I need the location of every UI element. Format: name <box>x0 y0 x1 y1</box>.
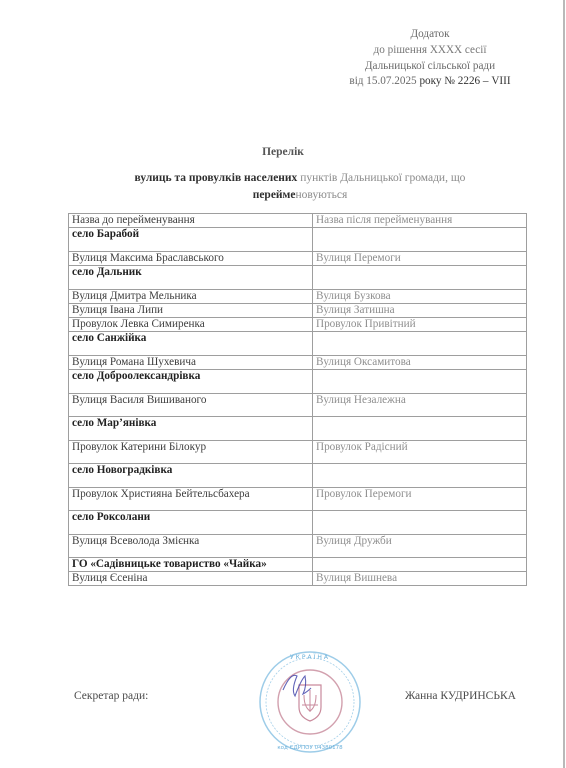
header-old-name: Назва до перейменування <box>69 214 313 228</box>
new-name-cell: Провулок Радісний <box>313 441 527 464</box>
old-name-cell: Вулиця Максима Браславського <box>69 252 313 266</box>
annex-line-2: до рішення XXXX сесії <box>300 43 560 59</box>
new-name-cell <box>313 228 527 252</box>
old-name-cell: село Роксолани <box>69 511 313 535</box>
new-name-cell <box>313 417 527 441</box>
settlement-row: село Санжійка <box>69 332 527 356</box>
settlement-row: село Барабой <box>69 228 527 252</box>
old-name-cell: Провулок Катерини Білокур <box>69 441 313 464</box>
old-name-cell: Вулиця Єсеніна <box>69 572 313 586</box>
old-name-cell: село Санжійка <box>69 332 313 356</box>
table-row: Провулок Християна БейтельсбахераПровуло… <box>69 488 527 511</box>
new-name-cell: Вулиця Вишнева <box>313 572 527 586</box>
document-title: Перелік <box>0 146 566 158</box>
table-header-row: Назва до перейменування Назва після пере… <box>69 214 527 228</box>
svg-text:код ЄДРПОУ 04380178: код ЄДРПОУ 04380178 <box>277 745 343 751</box>
settlement-row: село Новоградківка <box>69 464 527 488</box>
page-edge <box>563 0 565 768</box>
old-name-cell: село Дальник <box>69 266 313 290</box>
table-row: Провулок Левка СимиренкаПровулок Привітн… <box>69 318 527 332</box>
new-name-cell: Вулиця Перемоги <box>313 252 527 266</box>
new-name-cell <box>313 511 527 535</box>
table-row: Провулок Катерини БілокурПровулок Радісн… <box>69 441 527 464</box>
annex-line-4: від 15.07.2025 року № 2226 – VIII <box>300 74 560 90</box>
settlement-row: село Роксолани <box>69 511 527 535</box>
old-name-cell: Вулиця Василя Вишиваного <box>69 394 313 417</box>
table-row: Вулиця Романа ШухевичаВулиця Оксамитова <box>69 356 527 370</box>
header-new-name: Назва після перейменування <box>313 214 527 228</box>
settlement-row: село Доброолександрівка <box>69 370 527 394</box>
svg-text:УКРАЇНА: УКРАЇНА <box>290 654 330 661</box>
table-row: Вулиця ЄсенінаВулиця Вишнева <box>69 572 527 586</box>
document-subtitle: вулиць та провулків населених пунктів Да… <box>90 170 510 204</box>
renaming-table: Назва до перейменування Назва після пере… <box>68 213 527 586</box>
new-name-cell <box>313 464 527 488</box>
old-name-cell: Вулиця Дмитра Мельника <box>69 290 313 304</box>
subtitle-part-1: вулиць та провулків населених <box>135 172 301 184</box>
old-name-cell: Вулиця Романа Шухевича <box>69 356 313 370</box>
signature-role: Секретар ради: <box>74 690 148 702</box>
new-name-cell <box>313 266 527 290</box>
new-name-cell <box>313 370 527 394</box>
table-row: Вулиця Максима БраславськогоВулиця Перем… <box>69 252 527 266</box>
subtitle-part-3: перейме <box>253 189 296 201</box>
old-name-cell: село Барабой <box>69 228 313 252</box>
old-name-cell: Провулок Християна Бейтельсбахера <box>69 488 313 511</box>
table-row: Вулиця Івана ЛипиВулиця Затишна <box>69 304 527 318</box>
new-name-cell: Провулок Перемоги <box>313 488 527 511</box>
subtitle-part-2: пунктів Дальницької громади, що <box>300 172 465 184</box>
old-name-cell: село Новоградківка <box>69 464 313 488</box>
settlement-row: село Дальник <box>69 266 527 290</box>
old-name-cell: село Мар’янівка <box>69 417 313 441</box>
old-name-cell: село Доброолександрівка <box>69 370 313 394</box>
annex-line-1: Додаток <box>300 27 560 43</box>
old-name-cell: Провулок Левка Симиренка <box>69 318 313 332</box>
table-row: Вулиця Всеволода ЗмієнкаВулиця Дружби <box>69 535 527 558</box>
official-seal-icon: УКРАЇНА код ЄДРПОУ 04380178 <box>255 645 365 760</box>
subtitle-part-4: новуються <box>296 189 348 201</box>
settlement-row: село Мар’янівка <box>69 417 527 441</box>
settlement-row: ГО «Садівницьке товариство «Чайка» <box>69 558 527 572</box>
annex-number: року № 2226 – VIII <box>419 75 510 87</box>
new-name-cell: Вулиця Незалежна <box>313 394 527 417</box>
new-name-cell: Вулиця Затишна <box>313 304 527 318</box>
new-name-cell: Вулиця Оксамитова <box>313 356 527 370</box>
new-name-cell: Провулок Привітний <box>313 318 527 332</box>
annex-header: Додаток до рішення XXXX сесії Дальницько… <box>300 27 560 90</box>
new-name-cell: Вулиця Дружби <box>313 535 527 558</box>
new-name-cell <box>313 558 527 572</box>
annex-line-3: Дальницької сільської ради <box>300 59 560 75</box>
annex-date: від 15.07.2025 <box>349 75 419 87</box>
table-row: Вулиця Василя ВишиваногоВулиця Незалежна <box>69 394 527 417</box>
signatory-name: Жанна КУДРИНСЬКА <box>405 690 516 702</box>
new-name-cell: Вулиця Бузкова <box>313 290 527 304</box>
table-row: Вулиця Дмитра МельникаВулиця Бузкова <box>69 290 527 304</box>
old-name-cell: Вулиця Всеволода Змієнка <box>69 535 313 558</box>
new-name-cell <box>313 332 527 356</box>
old-name-cell: Вулиця Івана Липи <box>69 304 313 318</box>
old-name-cell: ГО «Садівницьке товариство «Чайка» <box>69 558 313 572</box>
